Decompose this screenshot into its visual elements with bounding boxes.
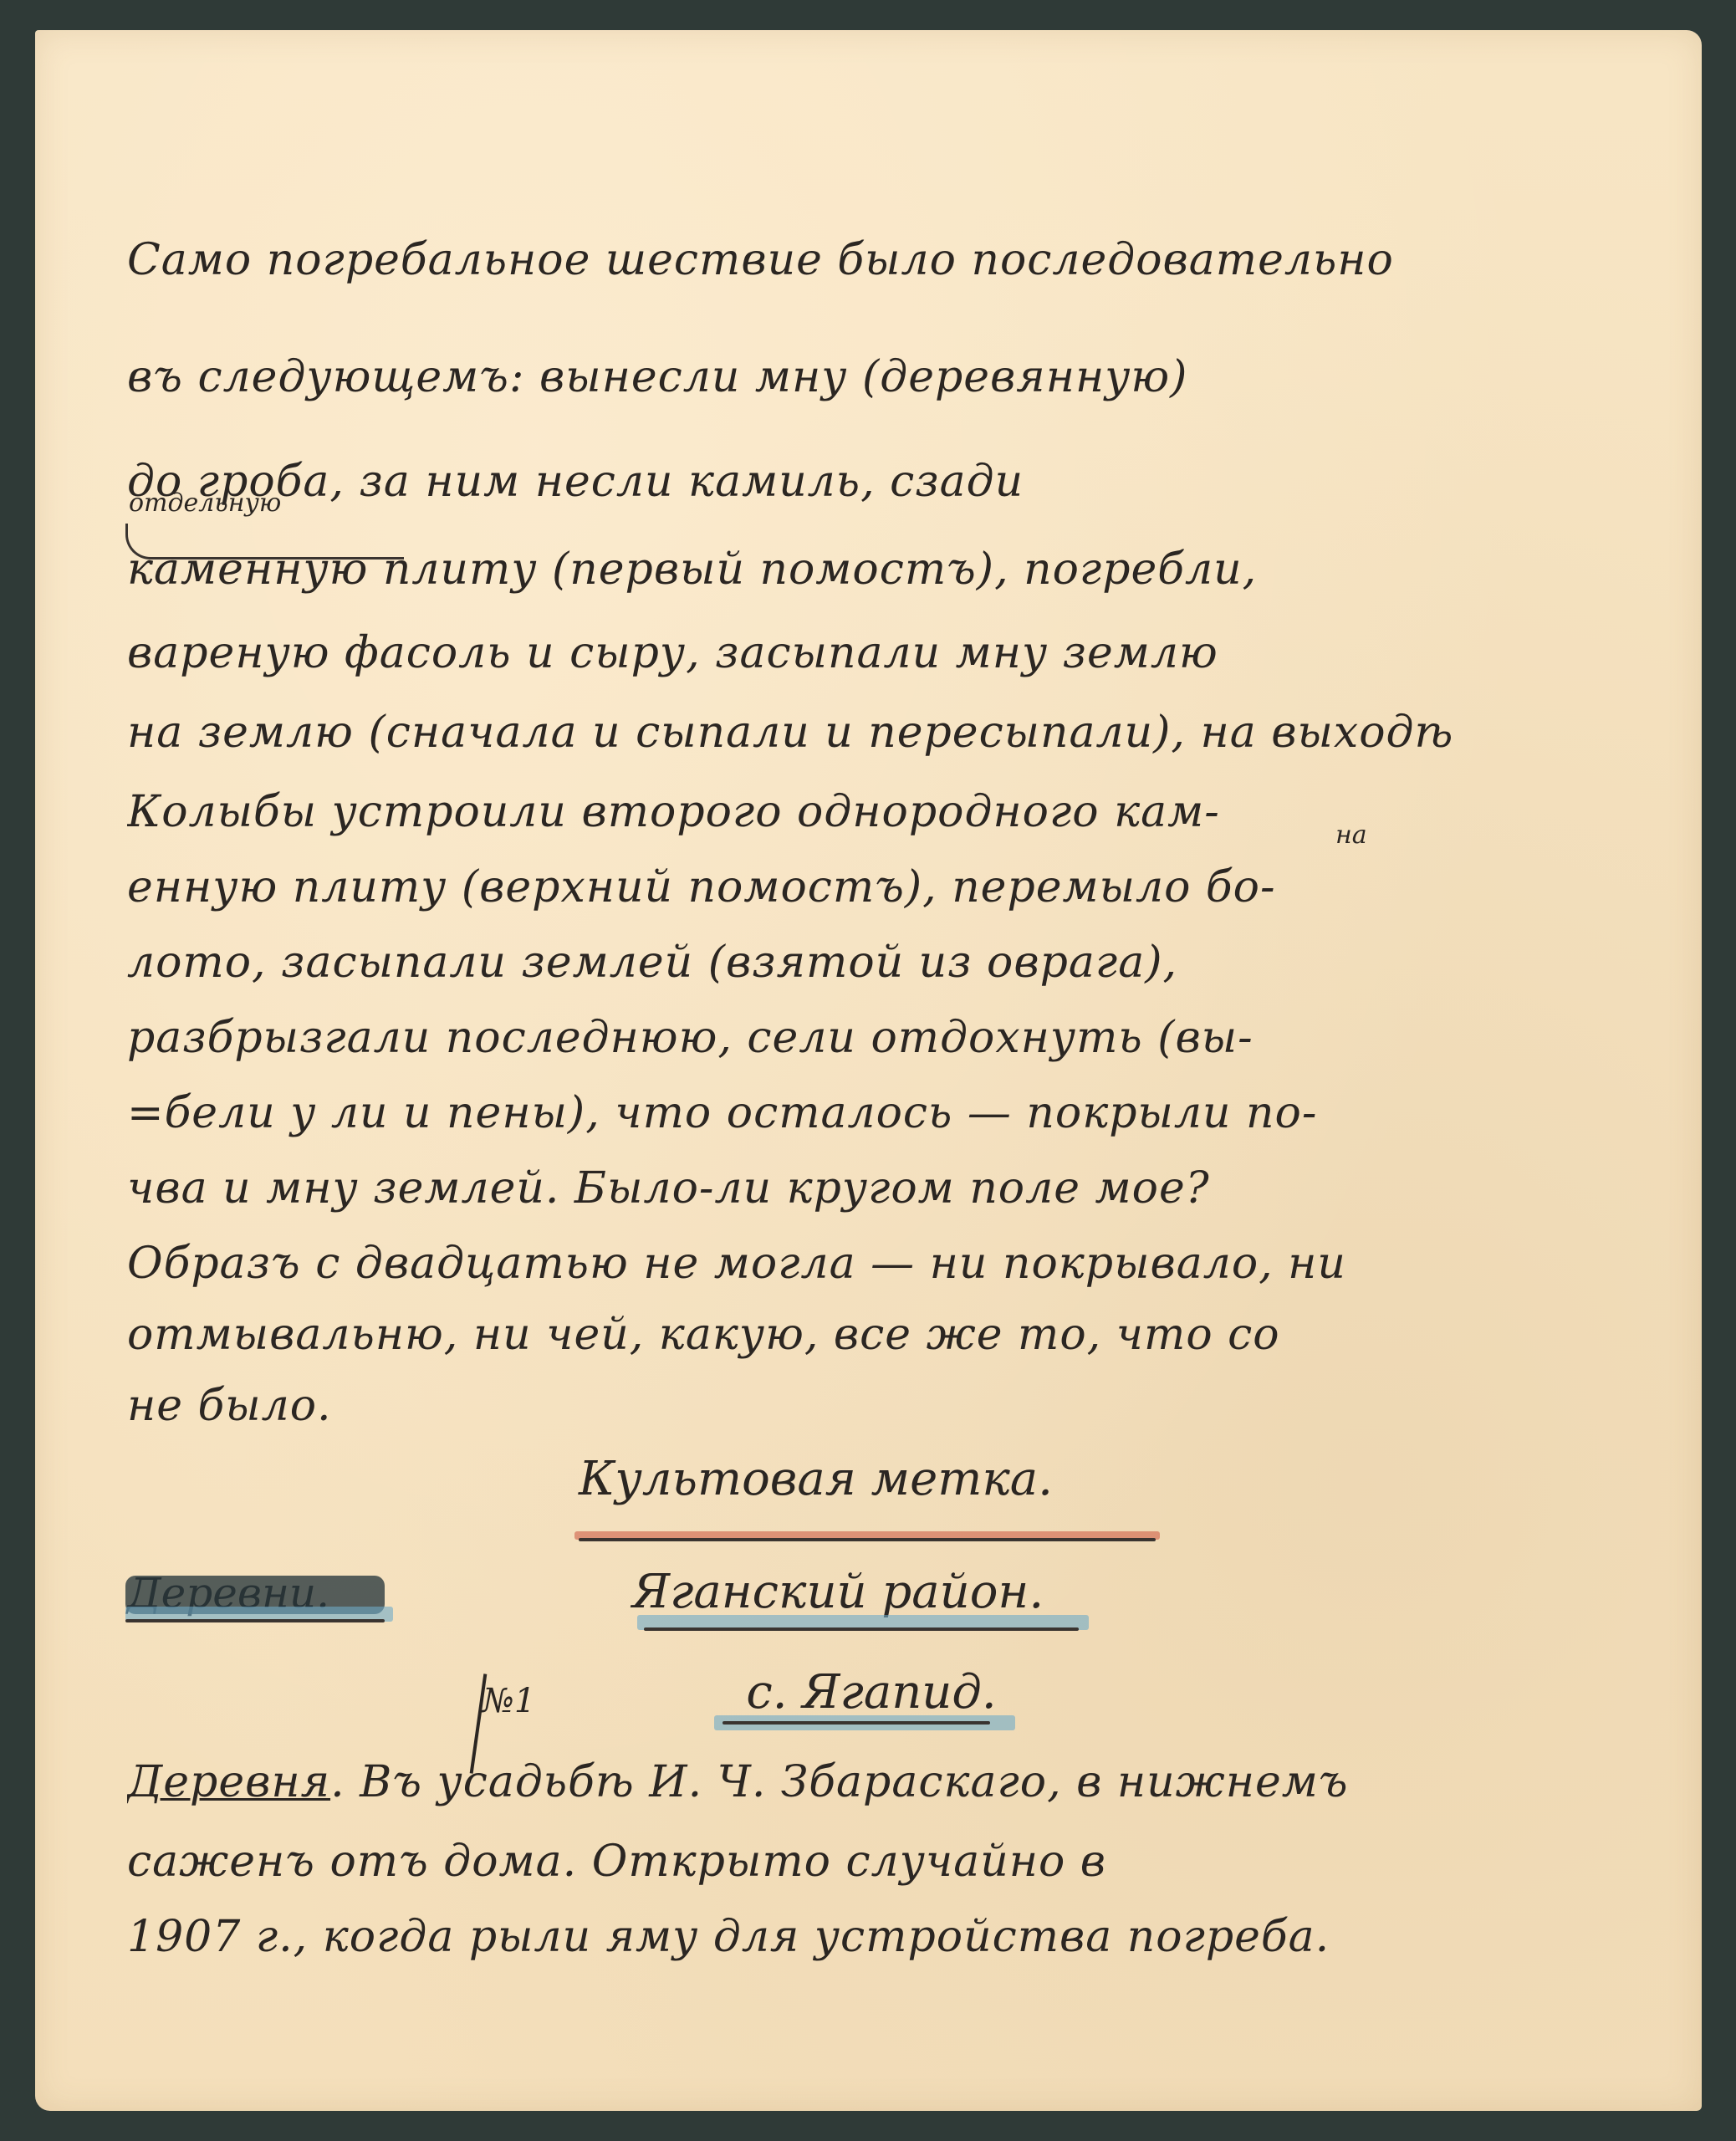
village-heading: с. Ягапид. bbox=[729, 1665, 1014, 1719]
manuscript-line: 1907 г., когда рыли яму для устройства п… bbox=[127, 1912, 1652, 1962]
manuscript-page: отдельную Само погребальное шествие было… bbox=[35, 30, 1702, 2111]
margin-number: №1 bbox=[483, 1682, 535, 1720]
manuscript-line: разбрызгали последнюю, сели отдохнуть (в… bbox=[127, 1013, 1652, 1063]
manuscript-line: не было. bbox=[127, 1381, 1652, 1431]
passage-text: Въ усадьбѣ И. Ч. Збараскаго, в нижнемъ bbox=[360, 1757, 1348, 1807]
section-title: Культовая метка. bbox=[579, 1452, 1047, 1506]
manuscript-line: Деревня. Въ усадьбѣ И. Ч. Збараскаго, в … bbox=[127, 1757, 1652, 1807]
passage-label: Деревня bbox=[127, 1757, 330, 1807]
district-heading: Яганский район. bbox=[620, 1565, 1055, 1619]
manuscript-line: Образъ с двадцатью не могла — ни покрыва… bbox=[127, 1239, 1652, 1289]
manuscript-line: отмывальню, ни чей, какую, все же то, чт… bbox=[127, 1310, 1652, 1360]
ink-underline bbox=[579, 1538, 1156, 1541]
manuscript-line: на землю (сначала и сыпали и пересыпали)… bbox=[127, 708, 1652, 758]
manuscript-line: вареную фасоль и сыру, засыпали мну земл… bbox=[127, 628, 1652, 678]
manuscript-line: енную плиту (верхний помостъ), перемыло … bbox=[127, 862, 1652, 912]
manuscript-line: до гроба, за ним несли камиль, сзади bbox=[127, 457, 1652, 507]
manuscript-line: Колыбы устроили второго однородного кам- bbox=[127, 787, 1652, 837]
manuscript-line: лото, засыпали землей (взятой из оврага)… bbox=[127, 938, 1652, 988]
manuscript-line: каменную плиту (первый помостъ), погребл… bbox=[127, 544, 1652, 595]
interlinear-note: на bbox=[1335, 820, 1367, 850]
ink-underline bbox=[722, 1721, 990, 1725]
manuscript-line: Само погребальное шествие было последова… bbox=[127, 235, 1652, 285]
manuscript-line: =бели у ли и пены), что осталось — покры… bbox=[127, 1088, 1652, 1138]
manuscript-line: саженъ отъ дома. Открыто случайно в bbox=[127, 1837, 1652, 1887]
manuscript-line: въ следующемъ: вынесли мну (деревянную) bbox=[127, 352, 1652, 402]
manuscript-line: чва и мну землей. Было-ли кругом поле мо… bbox=[127, 1163, 1652, 1214]
ink-underline bbox=[125, 1619, 385, 1622]
ink-underline bbox=[644, 1627, 1079, 1631]
